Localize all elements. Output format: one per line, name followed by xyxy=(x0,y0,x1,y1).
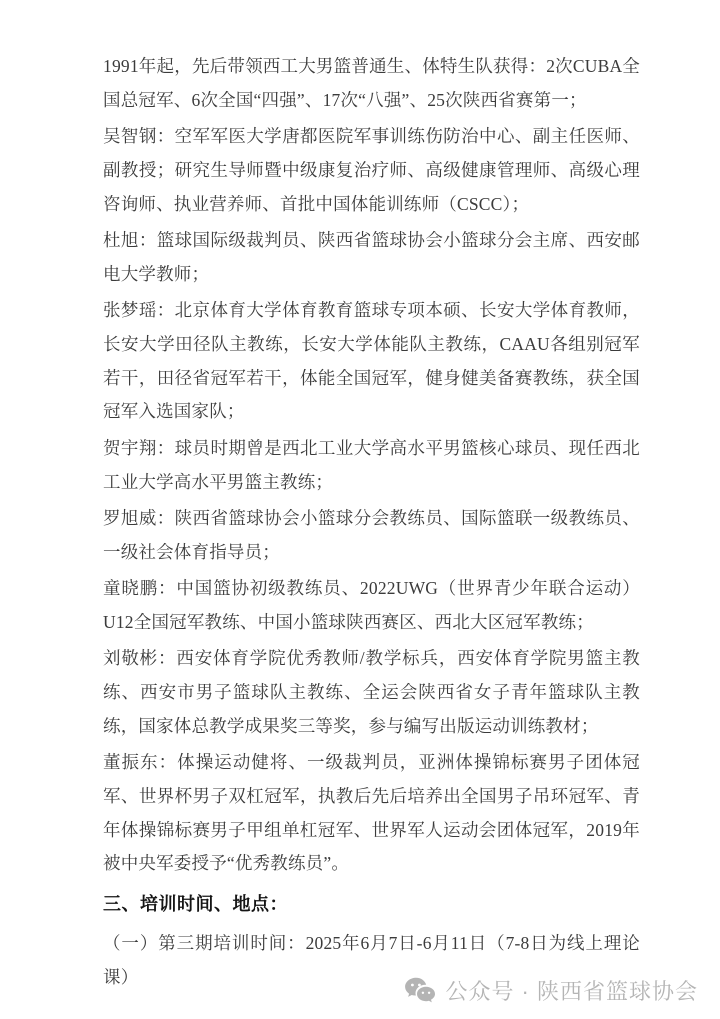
paragraph-coach-duxu: 杜旭：篮球国际级裁判员、陕西省篮球协会小篮球分会主席、西安邮电大学教师； xyxy=(103,224,640,292)
wechat-icon xyxy=(404,977,436,1004)
watermark-badge: 公众号 · 陕西省篮球协会 xyxy=(404,975,698,1006)
paragraph-coach-zhangmengyao: 张梦瑶：北京体育大学体育教育篮球专项本硕、长安大学体育教师，长安大学田径队主教练… xyxy=(103,294,640,429)
watermark-label: 公众号 · 陕西省篮球协会 xyxy=(445,975,698,1006)
document-page: 1991年起，先后带领西工大男篮普通生、体特生队获得：2次CUBA全国总冠军、6… xyxy=(0,0,720,1019)
paragraph-coach-heyuxiang: 贺宇翔：球员时期曾是西北工业大学高水平男篮核心球员、现任西北工业大学高水平男篮主… xyxy=(103,432,640,500)
paragraph-coach-luoxuwei: 罗旭威：陕西省篮球协会小篮球分会教练员、国际篮联一级教练员、一级社会体育指导员； xyxy=(103,502,640,570)
section-heading-training-time-location: 三、培训时间、地点： xyxy=(103,888,640,922)
paragraph-coach-dongzhendong: 董振东：体操运动健将、一级裁判员，亚洲体操锦标赛男子团体冠军、世界杯男子双杠冠军… xyxy=(103,746,640,881)
paragraph-coach-liujingbin: 刘敬彬：西安体育学院优秀教师/教学标兵，西安体育学院男篮主教练、西安市男子篮球队… xyxy=(103,642,640,743)
document-body: 1991年起，先后带领西工大男篮普通生、体特生队获得：2次CUBA全国总冠军、6… xyxy=(103,50,640,997)
paragraph-coach-wuzhigang: 吴智钢：空军军医大学唐都医院军事训练伤防治中心、副主任医师、副教授；研究生导师暨… xyxy=(103,120,640,221)
paragraph-career-results: 1991年起，先后带领西工大男篮普通生、体特生队获得：2次CUBA全国总冠军、6… xyxy=(103,50,640,118)
paragraph-coach-tongxiaopeng: 童晓鹏：中国篮协初级教练员、2022UWG（世界青少年联合运动）U12全国冠军教… xyxy=(103,572,640,640)
